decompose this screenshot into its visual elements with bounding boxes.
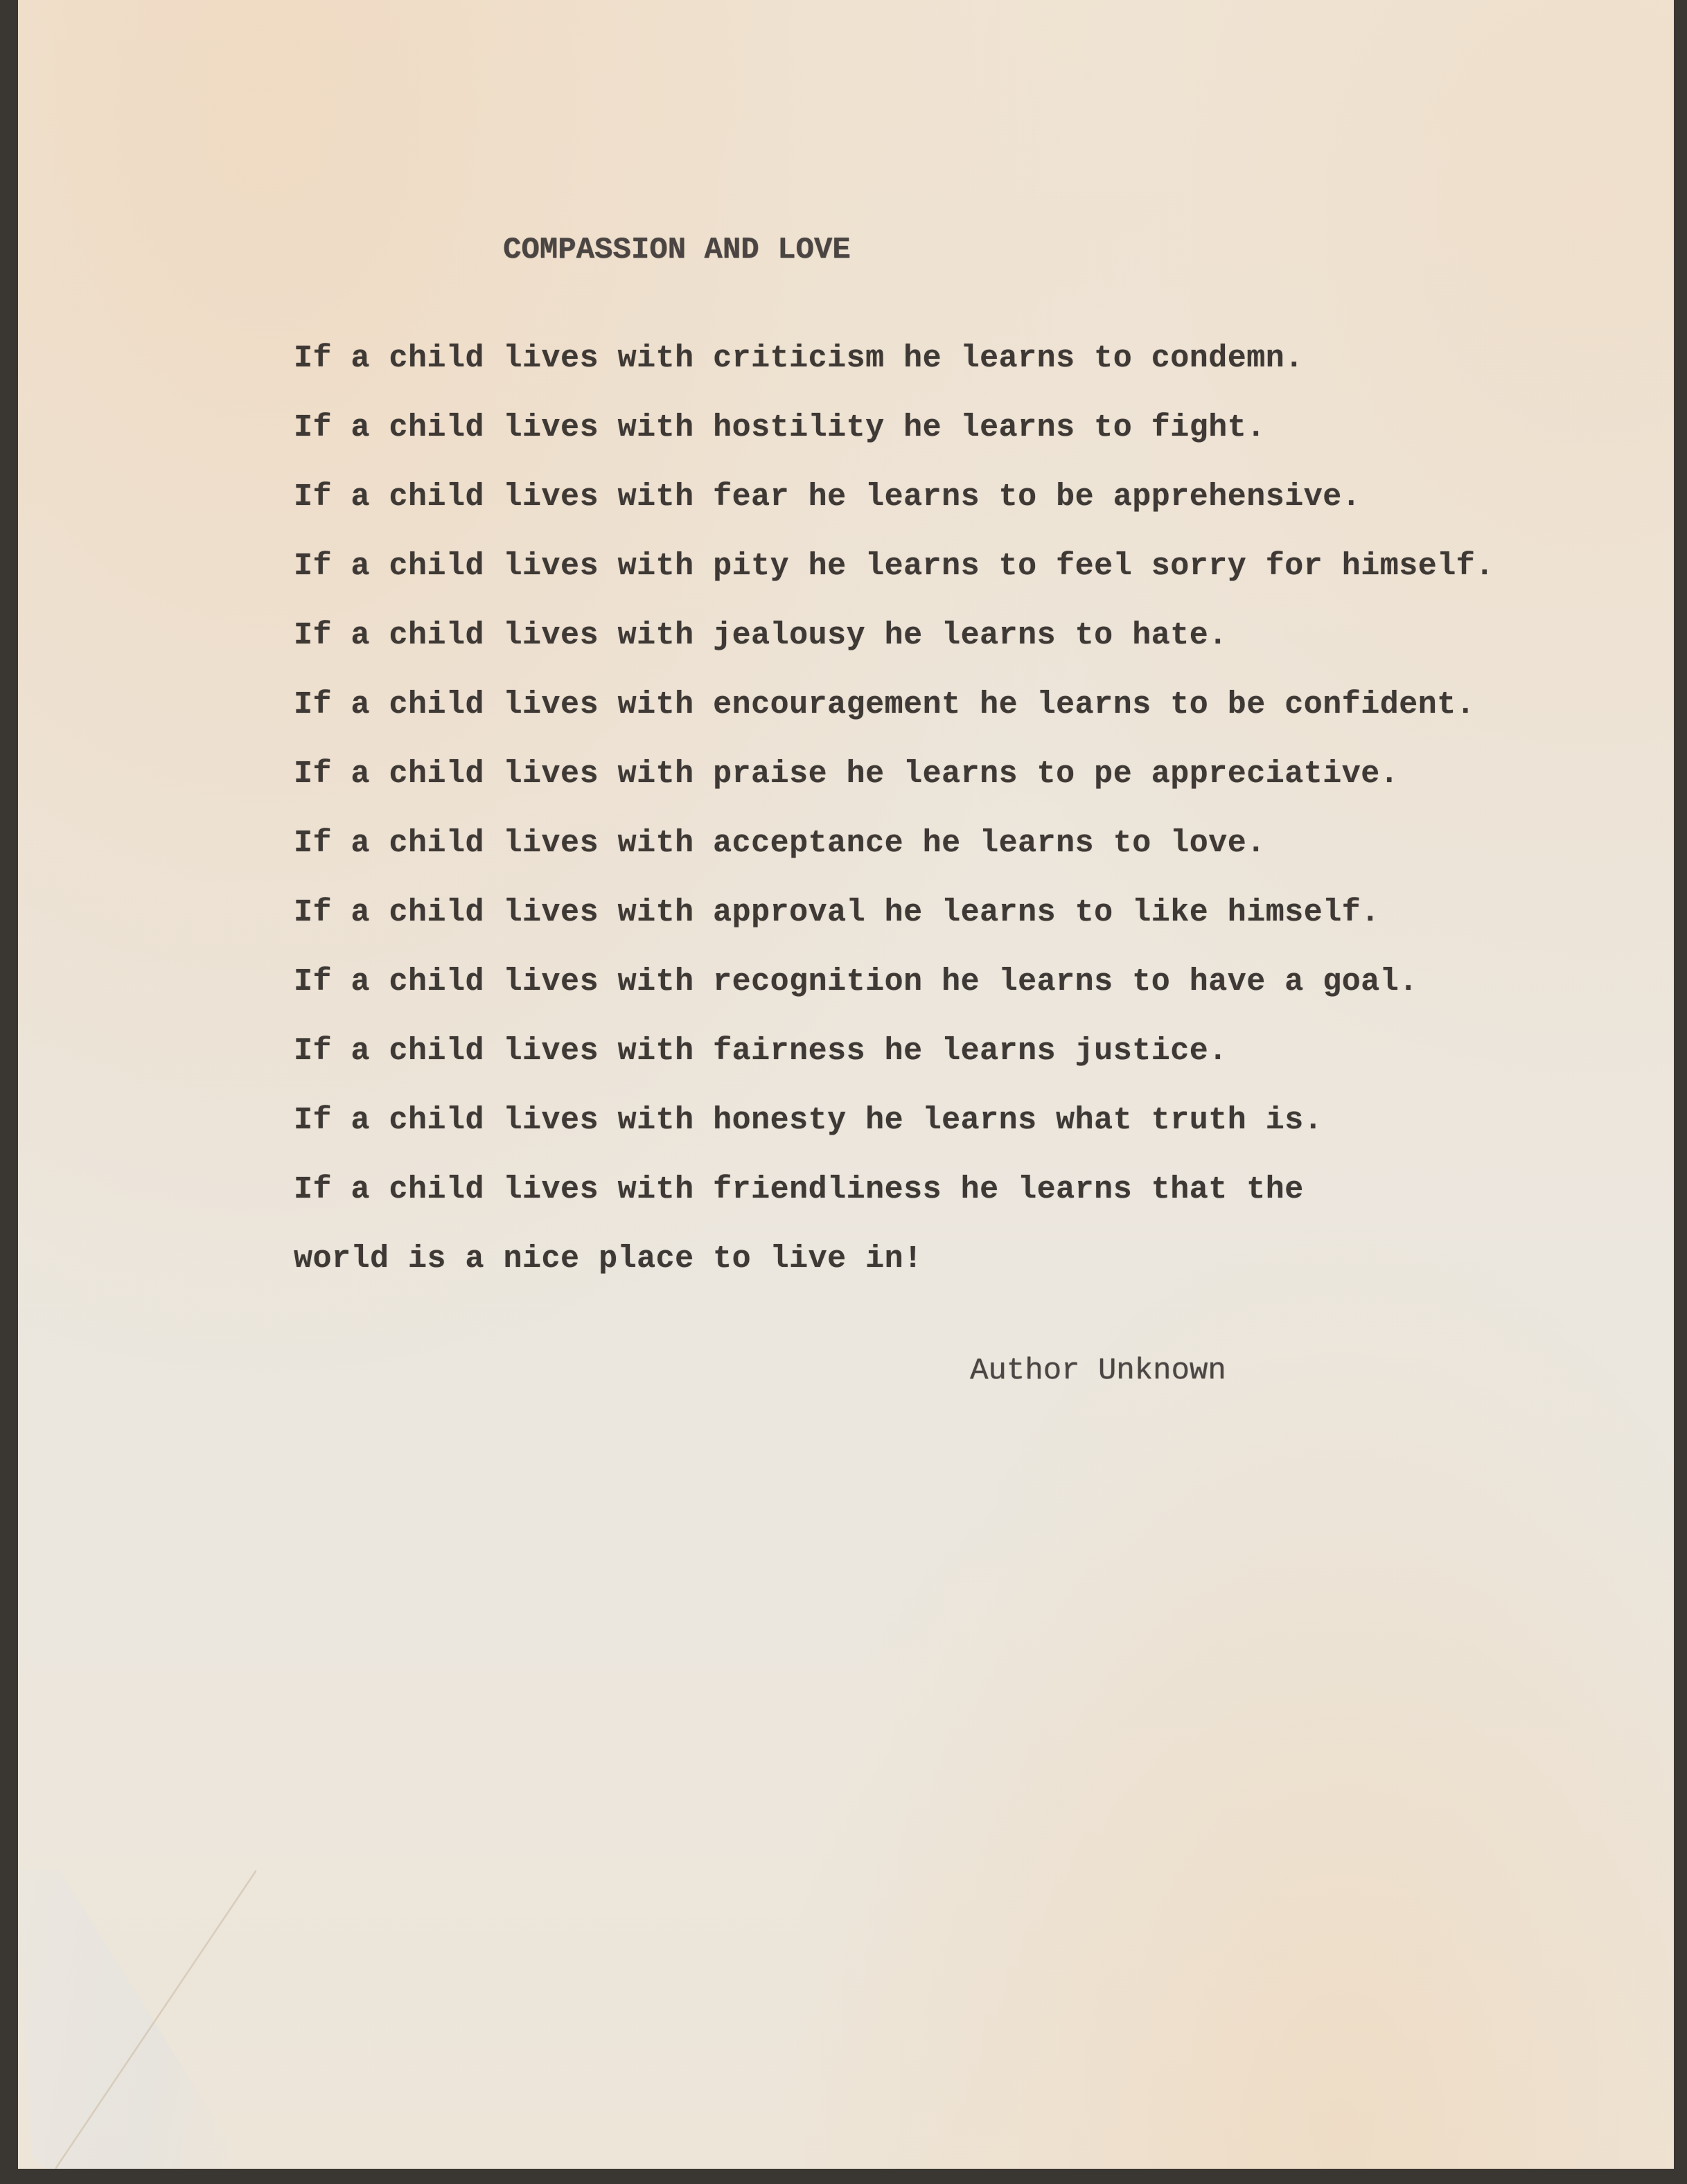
poem-body: If a child lives with criticism he learn… [294, 338, 1494, 1308]
poem-line: If a child lives with recognition he lea… [294, 961, 1494, 1031]
fold-crease [55, 1870, 256, 2169]
poem-line: If a child lives with jealousy he learns… [294, 615, 1494, 684]
poem-line: If a child lives with friendliness he le… [294, 1169, 1494, 1239]
poem-line: If a child lives with encouragement he l… [294, 684, 1494, 754]
poem-line: world is a nice place to live in! [294, 1239, 1494, 1308]
poem-line: If a child lives with approval he learns… [294, 892, 1494, 961]
poem-line: If a child lives with pity he learns to … [294, 546, 1494, 615]
poem-line: If a child lives with honesty he learns … [294, 1100, 1494, 1169]
poem-line: If a child lives with hostility he learn… [294, 407, 1494, 477]
poem-line: If a child lives with acceptance he lear… [294, 823, 1494, 892]
poem-line: If a child lives with criticism he learn… [294, 338, 1494, 407]
poem-line: If a child lives with fairness he learns… [294, 1031, 1494, 1100]
poem-line: If a child lives with praise he learns t… [294, 754, 1494, 823]
page-title: COMPASSION AND LOVE [503, 233, 851, 267]
attribution: Author Unknown [970, 1353, 1226, 1388]
poem-line: If a child lives with fear he learns to … [294, 477, 1494, 546]
